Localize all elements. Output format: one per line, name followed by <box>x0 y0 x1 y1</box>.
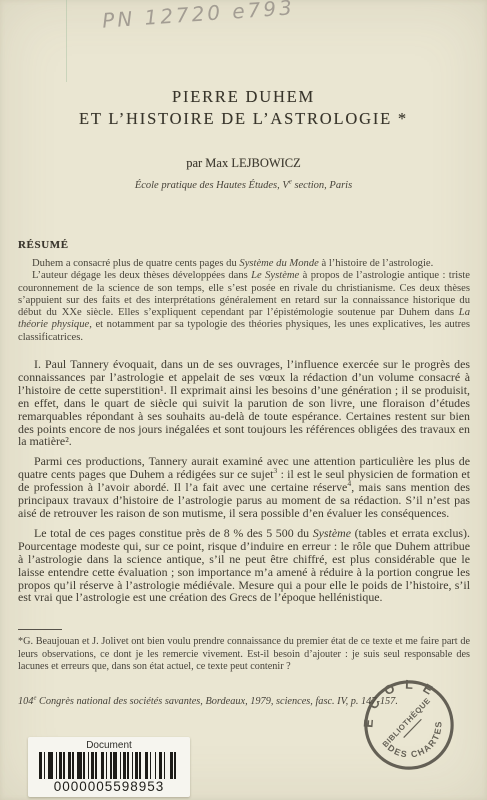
body-paragraph-2: Parmi ces productions, Tannery aurait ex… <box>18 455 470 520</box>
byline: par Max LEJBOWICZ <box>0 156 487 171</box>
footnote-text: *G. Beaujouan et J. Jolivet ont bien vou… <box>18 636 470 674</box>
barcode-label: Document 0000005598953 <box>28 737 190 797</box>
affiliation: École pratique des Hautes Études, Ve sec… <box>0 180 487 191</box>
article-body: I. Paul Tannery évoquait, dans un de ses… <box>18 358 470 611</box>
barcode-icon <box>39 752 179 779</box>
scan-artifact-line <box>66 0 67 82</box>
barcode-number: 0000005598953 <box>28 779 190 794</box>
body-paragraph-1: I. Paul Tannery évoquait, dans un de ses… <box>18 358 470 448</box>
stamp-text-bottom: DES CHARTES <box>384 716 454 770</box>
article-title-line2: ET L’HISTOIRE DE L’ASTROLOGIE * <box>0 108 487 130</box>
resume-paragraph-1: Duhem a consacré plus de quatre cents pa… <box>18 258 470 270</box>
handwritten-shelfmark: PN 12720 e793 <box>101 0 322 33</box>
resume-text: Duhem a consacré plus de quatre cents pa… <box>18 258 470 344</box>
article-title-line1: PIERRE DUHEM <box>0 86 487 108</box>
resume-heading: RÉSUMÉ <box>18 239 69 251</box>
svg-text:DES CHARTES: DES CHARTES <box>384 716 454 770</box>
resume-paragraph-2: L’auteur dégage les deux thèses développ… <box>18 270 470 344</box>
scanned-page: PN 12720 e793 PIERRE DUHEM ET L’HISTOIRE… <box>0 0 487 800</box>
title-block: PIERRE DUHEM ET L’HISTOIRE DE L’ASTROLOG… <box>0 86 487 130</box>
body-paragraph-3: Le total de ces pages constitue près de … <box>18 527 470 604</box>
barcode-title: Document <box>28 740 190 751</box>
footnote-separator <box>18 629 62 630</box>
library-stamp-icon: E C O L E DES CHARTES BIBLIOTHÈQUE <box>360 676 458 774</box>
stamp-text-middle: BIBLIOTHÈQUE <box>381 696 433 749</box>
